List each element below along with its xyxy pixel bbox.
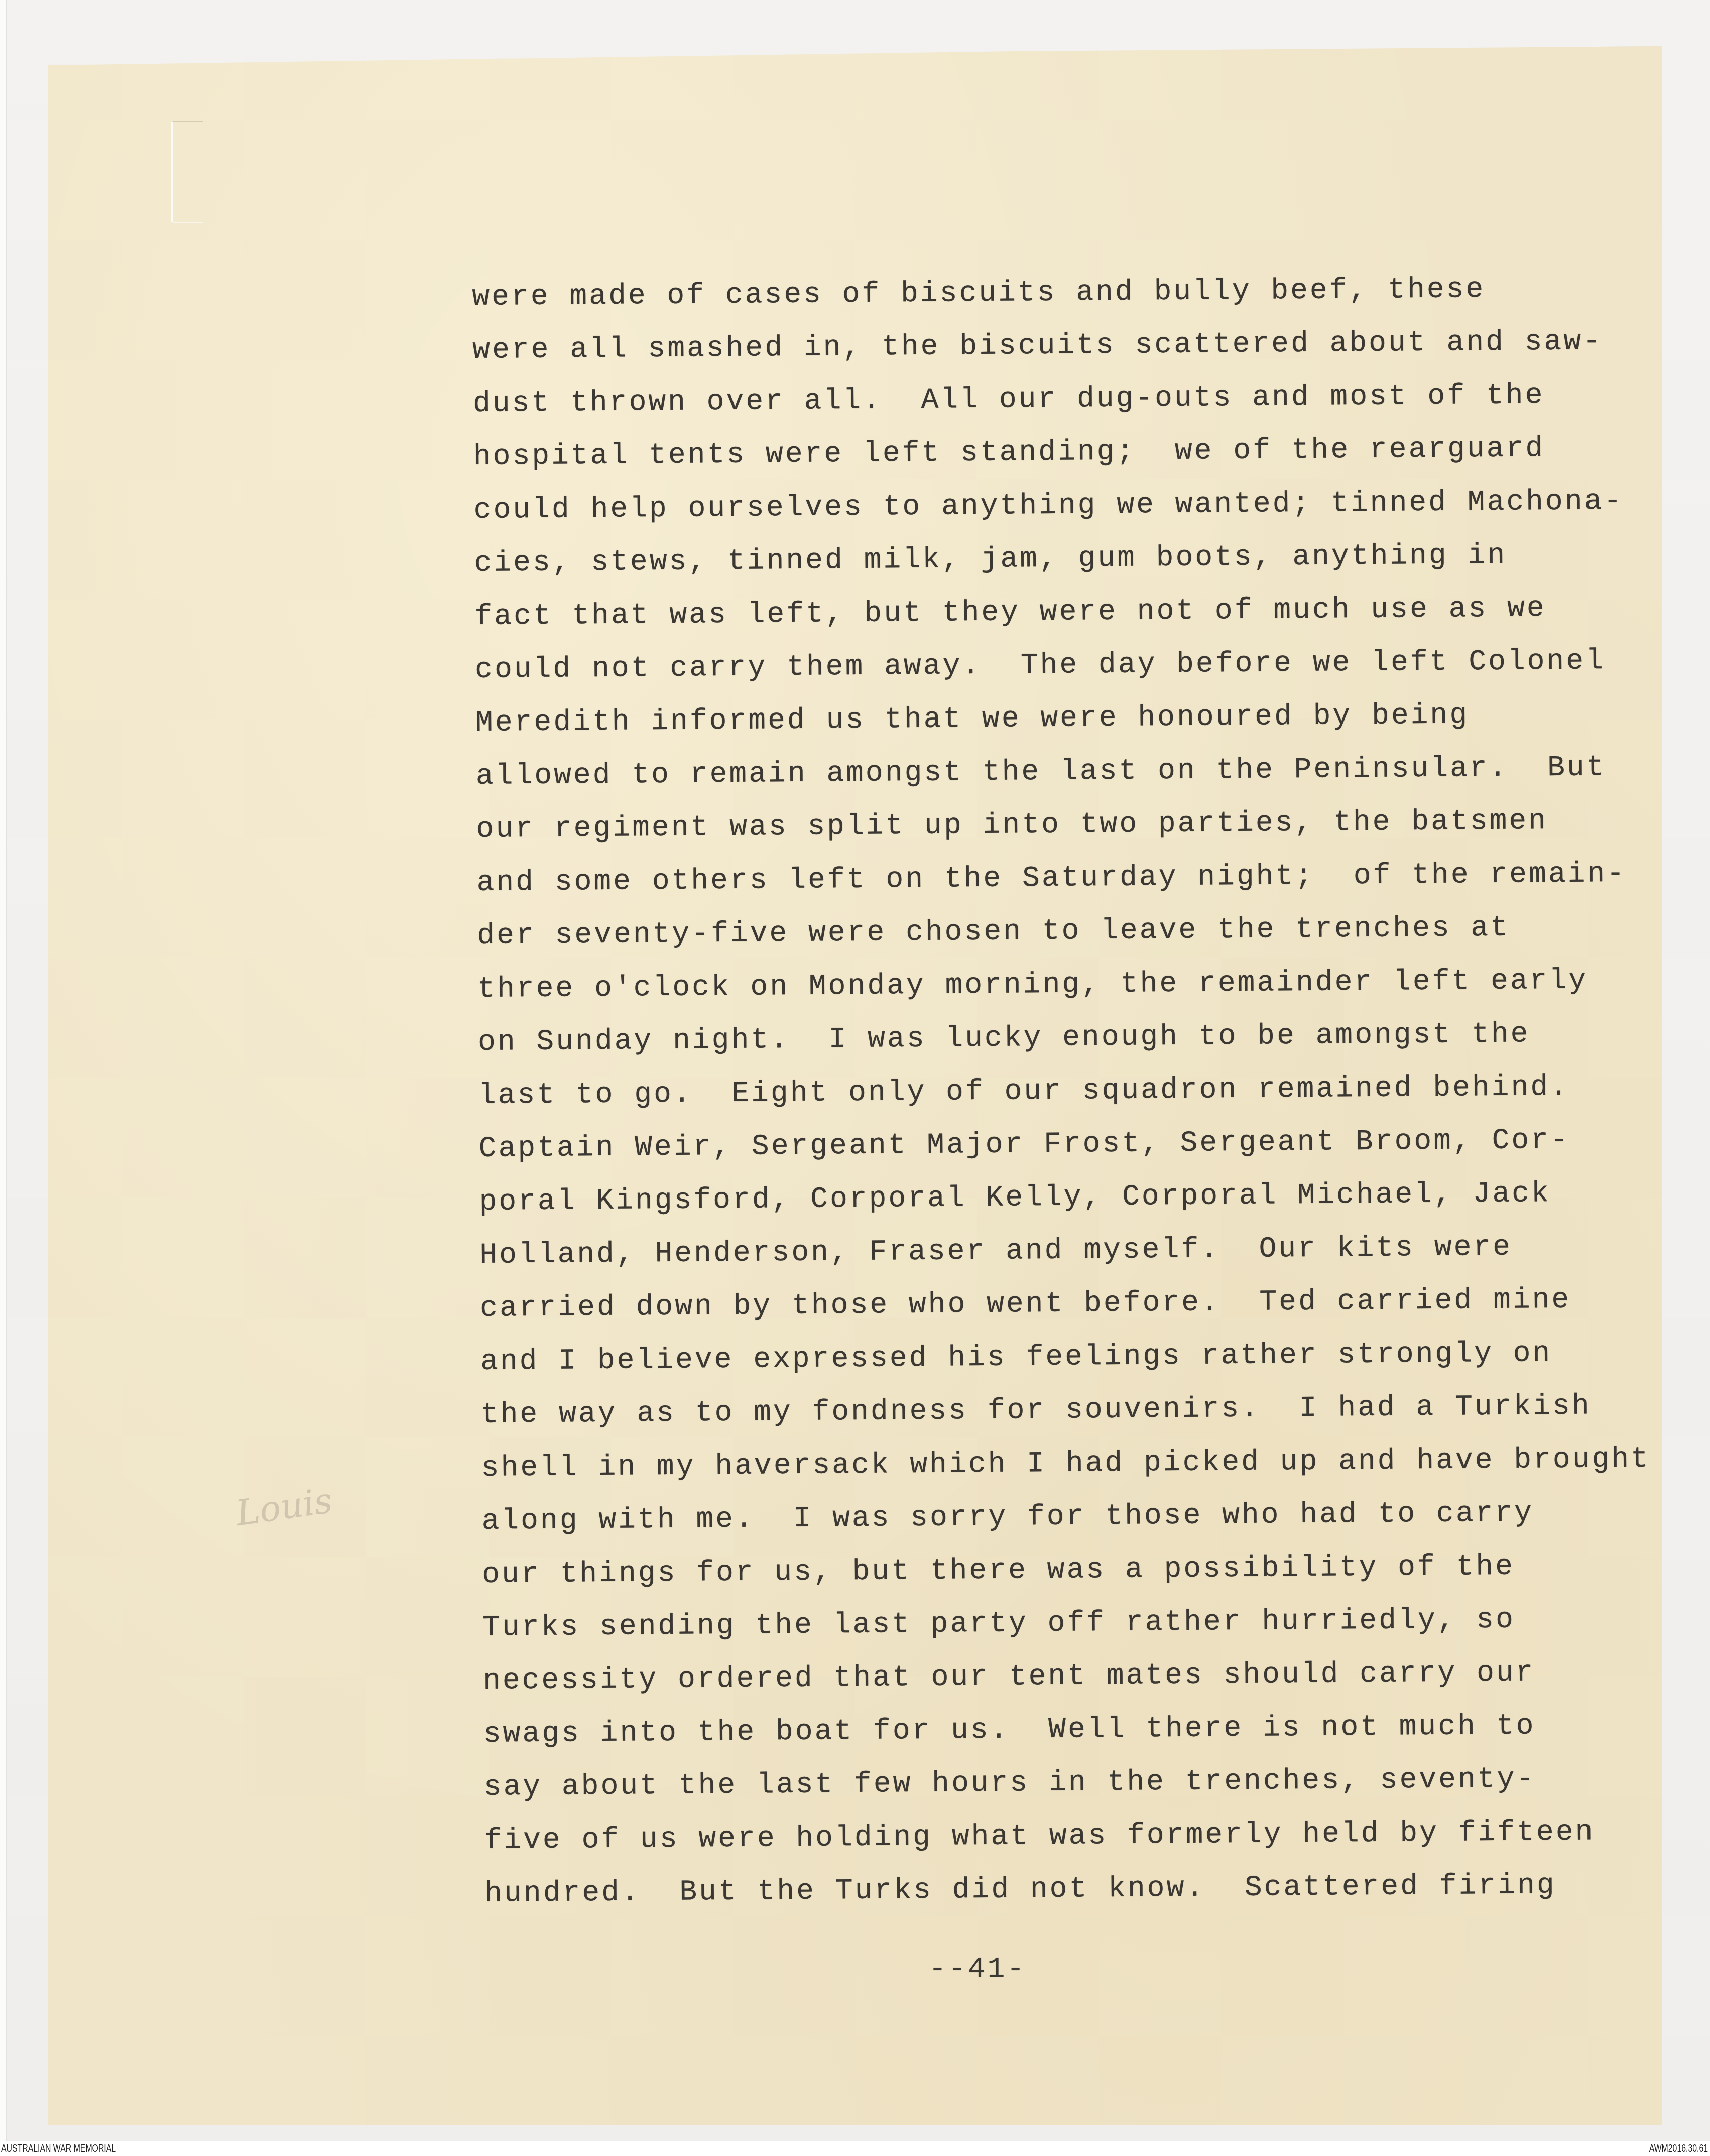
text-line: Meredith informed us that we were honour… [475, 687, 1701, 750]
text-line: cies, stews, tinned milk, jam, gum boots… [474, 528, 1699, 590]
text-line: swags into the boat for us. Well there i… [483, 1699, 1708, 1761]
text-line: could help ourselves to anything we want… [473, 474, 1699, 537]
archive-footer: AUSTRALIAN WAR MEMORIAL AWM2016.30.61 [0, 2141, 1710, 2156]
page-number: --41- [929, 1953, 1026, 1986]
scan-edge-strip [0, 0, 7, 2141]
text-line: three o'clock on Monday morning, the rem… [477, 953, 1703, 1016]
text-line: carried down by those who went before. T… [480, 1273, 1705, 1336]
text-line: could not carry them away. The day befor… [475, 634, 1700, 697]
paper-tear-mark [171, 121, 203, 223]
text-line: and some others left on the Saturday nig… [476, 847, 1702, 910]
text-line: der seventy-five were chosen to leave th… [477, 900, 1702, 963]
text-line: on Sunday night. I was lucky enough to b… [478, 1007, 1703, 1069]
text-line: Captain Weir, Sergeant Major Frost, Serg… [478, 1113, 1704, 1176]
text-line: were all smashed in, the biscuits scatte… [472, 315, 1698, 378]
text-line: and I believe expressed his feelings rat… [480, 1326, 1706, 1389]
text-line: say about the last few hours in the tren… [483, 1752, 1709, 1815]
text-line: allowed to remain amongst the last on th… [475, 741, 1701, 803]
text-line: hundred. But the Turks did not know. Sca… [484, 1858, 1710, 1921]
text-line: hospital tents were left standing; we of… [473, 421, 1698, 484]
accession-id: AWM2016.30.61 [1649, 2142, 1708, 2155]
institution-label: AUSTRALIAN WAR MEMORIAL [1, 2142, 116, 2155]
text-line: last to go. Eight only of our squadron r… [478, 1060, 1703, 1123]
text-line: five of us were holding what was formerl… [484, 1805, 1709, 1868]
text-line: were made of cases of biscuits and bully… [472, 262, 1697, 324]
text-line: along with me. I was sorry for those who… [481, 1486, 1707, 1548]
text-line: Turks sending the last party off rather … [482, 1592, 1708, 1655]
text-line: necessity ordered that our tent mates sh… [483, 1645, 1708, 1708]
text-line: shell in my haversack which I had picked… [481, 1432, 1706, 1495]
typewritten-body: were made of cases of biscuits and bully… [472, 262, 1710, 1921]
text-line: poral Kingsford, Corporal Kelly, Corpora… [479, 1166, 1704, 1229]
text-line: fact that was left, but they were not of… [474, 581, 1700, 644]
text-line: dust thrown over all. All our dug-outs a… [473, 368, 1698, 431]
text-line: our things for us, but there was a possi… [482, 1539, 1707, 1602]
text-line: Holland, Henderson, Fraser and myself. O… [479, 1220, 1705, 1282]
text-line: the way as to my fondness for souvenirs.… [480, 1379, 1706, 1442]
text-line: our regiment was split up into two parti… [476, 794, 1701, 857]
